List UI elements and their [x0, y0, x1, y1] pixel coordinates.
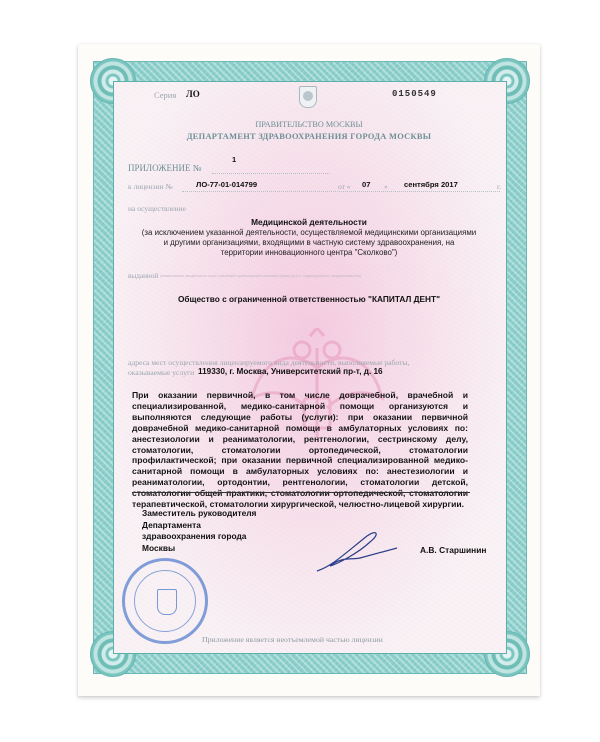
signature-icon: [312, 526, 402, 576]
org-name-line2: ДЕПАРТАМЕНТ ЗДРАВООХРАНЕНИЯ ГОРОДА МОСКВ…: [112, 132, 506, 141]
services-underline: [132, 492, 470, 493]
document-content: Серия ЛО 0150549 ПРАВИТЕЛЬСТВО МОСКВЫ ДЕ…: [112, 78, 506, 656]
activity-note-line2: и другими организациями, входящими в час…: [112, 238, 506, 247]
license-month-year: сентября 2017: [404, 180, 458, 189]
issued-hint: (наименование юридического лица с указан…: [160, 274, 361, 278]
appendix-label: ПРИЛОЖЕНИЕ №: [128, 163, 201, 173]
footer-note: Приложение является неотъемлемой частью …: [202, 635, 383, 644]
issued-label: выданной: [128, 272, 158, 280]
series-label: Серия: [154, 90, 176, 100]
activity-note-line3: территории инновационного центра "Сколко…: [112, 248, 506, 257]
org-name-line1: ПРАВИТЕЛЬСТВО МОСКВЫ: [112, 120, 506, 129]
activity-title: Медицинской деятельности: [112, 217, 506, 227]
license-underline: [182, 191, 500, 192]
license-year-suffix: г.: [497, 182, 501, 191]
activity-note-line1: (за исключением указанной деятельности, …: [112, 228, 506, 237]
license-day-close: »: [384, 182, 388, 191]
license-appendix-document: Серия ЛО 0150549 ПРАВИТЕЛЬСТВО МОСКВЫ ДЕ…: [78, 44, 540, 696]
appendix-number: 1: [232, 155, 236, 164]
signatory-position-line3: здравоохранения города: [142, 531, 256, 543]
appendix-underline: [212, 173, 330, 174]
license-label: к лицензии №: [128, 182, 173, 191]
official-stamp-icon: [122, 558, 208, 644]
address-label-line2: оказываемые услуги: [128, 368, 194, 377]
issued-organization: Общество с ограниченной ответственностью…: [112, 294, 506, 304]
series-value: ЛО: [186, 89, 200, 99]
signatory-position-line1: Заместитель руководителя: [142, 508, 256, 520]
coat-of-arms-icon: [299, 86, 317, 108]
license-number: ЛО-77-01-014799: [196, 180, 257, 189]
activity-label: на осуществление: [128, 204, 186, 213]
signatory-position-line4: Москвы: [142, 543, 256, 555]
license-from-label: от «: [338, 182, 351, 191]
signatory-position-line2: Департамента: [142, 520, 256, 532]
license-day: 07: [362, 180, 370, 189]
signatory-name: А.В. Старшинин: [420, 545, 486, 555]
signatory-position: Заместитель руководителя Департамента зд…: [142, 508, 256, 554]
address-label-line1: адреса мест осуществления лицензируемого…: [128, 358, 409, 367]
document-number: 0150549: [392, 89, 437, 99]
address-value: 119330, г. Москва, Университетский пр-т,…: [198, 367, 383, 376]
